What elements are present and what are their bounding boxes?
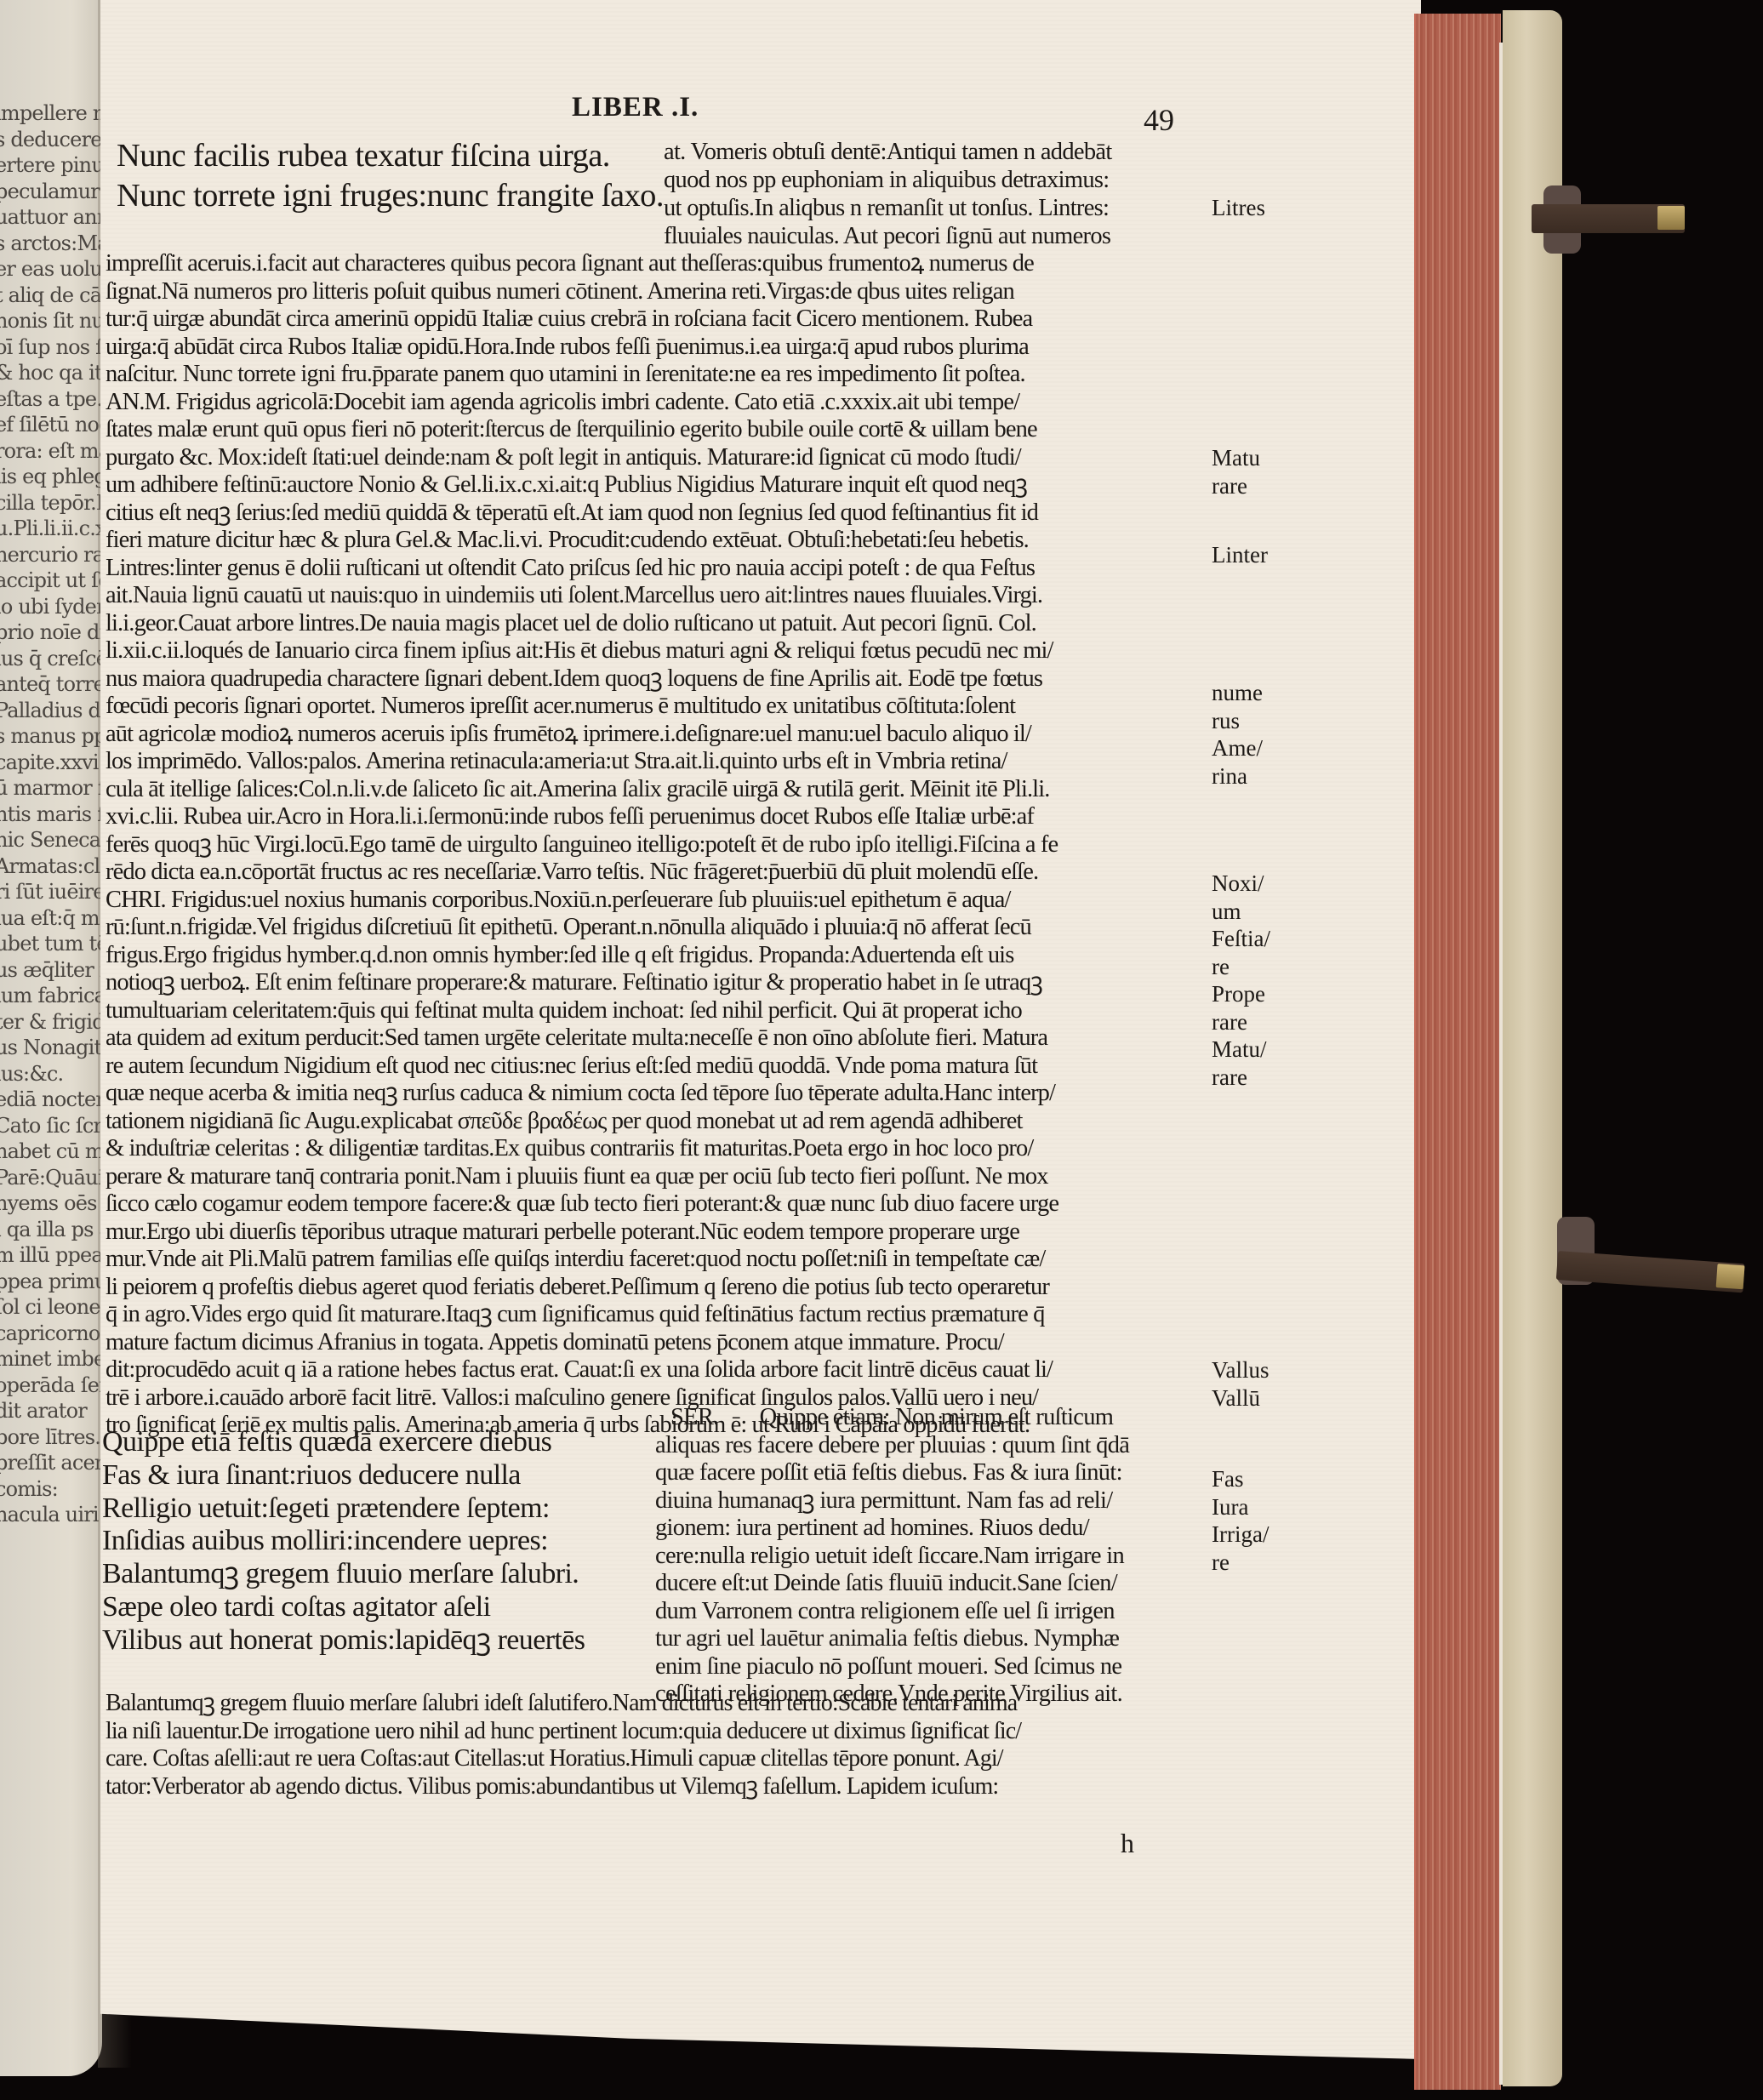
marginal-note-line: Matu/	[1212, 1036, 1270, 1064]
commentary-line: xvi.c.lii. Rubea uir.Acro in Hora.li.i.ſ…	[106, 803, 1058, 831]
commentary-servius: SER.Quippe etiam: Non mirum eſt ruſticum…	[655, 1404, 1129, 1709]
facing-page-line: ter & frigida	[0, 1009, 102, 1036]
commentary-line: naſcitur. Nunc torrete igni fru.p̄parate…	[106, 361, 1058, 389]
facing-page-line: ubet tum tē	[0, 931, 102, 957]
facing-page-line: & hoc qa ita appa	[0, 360, 102, 386]
marginal-note: Noxi/umFeſtia/reProperareMatu/rare	[1212, 870, 1270, 1091]
commentary-line: & induſtriæ celeritas : & diligentiæ tar…	[106, 1135, 1058, 1163]
commentary-line: dum Varronem contra religionem eſſe uel …	[655, 1598, 1129, 1626]
marginal-note: numerusAme/rina	[1212, 679, 1263, 790]
red-fore-edge	[1414, 14, 1501, 2090]
commentary-line: AN.M. Frigidus agricolā:Docebit iam agen…	[106, 389, 1058, 417]
commentary-line: fluuiales nauiculas. Aut pecori ſignū au…	[664, 222, 1112, 250]
marginal-note-line: rus	[1212, 707, 1263, 735]
facing-page-line: rora: eſt matutinus	[0, 438, 102, 465]
commentary-line: Balantumqꝫ gregem fluuio merſare ſalubri…	[106, 1690, 1021, 1718]
commentary-line: mur.Ergo ubi diuerſis tēporibus utraque …	[106, 1218, 1058, 1247]
commentary-line: ata quidem ad exitum perducit:Sed tamen …	[106, 1024, 1058, 1053]
facing-page-line: us æq̄liter i	[0, 957, 102, 984]
facing-page-line: Cato ſic ſcribit	[0, 1113, 102, 1139]
verse-line: Relligio uetuit:ſegeti prætendere ſeptem…	[102, 1492, 585, 1526]
commentary-line: ſignat.Nā numeros pro litteris poſuit qu…	[106, 278, 1058, 306]
commentary-line: purgato &c. Mox:ideſt ſtati:uel deinde:n…	[106, 444, 1058, 472]
marginal-note-line: Feſtia/	[1212, 925, 1270, 953]
verse-line: Balantumqꝫ gregem fluuio merſare ſalubri…	[102, 1558, 585, 1591]
verse-block-top: Nunc facilis rubea texatur fiſcina uirga…	[117, 136, 664, 216]
commentary-line: quod nos pp euphoniam in aliquibus detra…	[664, 166, 1112, 194]
commentary-line: aūt agricolæ modioꝝ numeros aceruis ipſi…	[106, 721, 1058, 749]
marginal-note: Linter	[1212, 541, 1268, 569]
commentary-line: fieri mature dicitur hæc & plura Gel.& M…	[106, 527, 1058, 555]
marginal-note-line: Iura	[1212, 1493, 1269, 1521]
facing-page-line: s arctos:Macrob	[0, 231, 102, 257]
commentary-line: li.i.geor.Cauat arbore lintres.De nauia …	[106, 610, 1058, 638]
facing-page-line: s manus pp alt	[0, 723, 102, 750]
facing-page-line: er eas uoluit no	[0, 256, 102, 282]
facing-page-left-edge: impellere marms deducere classertere pin…	[0, 0, 102, 2076]
marginal-note-line: Fas	[1212, 1465, 1269, 1493]
commentary-line: uirga:q̄ abūdāt circa Rubos Italiæ opidū…	[106, 334, 1058, 362]
verse-line: Sæpe oleo tardi coſtas agitator aſeli	[102, 1591, 585, 1624]
marginal-note-line: Litres	[1212, 194, 1265, 222]
marginal-note-line: nume	[1212, 679, 1263, 707]
commentary-line: q̄ in agro.Vides ergo quid ſit maturare.…	[106, 1301, 1058, 1329]
facing-page-line: oī ſup nos ſit po	[0, 334, 102, 361]
marginal-note-line: Noxi/	[1212, 870, 1270, 898]
facing-page-line: hyems oēs frigi	[0, 1190, 102, 1217]
commentary-line: CHRI. Frigidus:uel noxius humanis corpor…	[106, 887, 1058, 915]
facing-page-line: comis:	[0, 1476, 102, 1503]
commentary-main: impreſſit aceruis.i.facit aut charactere…	[106, 250, 1058, 1440]
facing-page-line: Palladius de ā	[0, 698, 102, 724]
commentary-line: rēdo dicta ea.n.cōportāt fructus ac res …	[106, 859, 1058, 887]
commentary-line: notioqꝫ uerboꝝ. Eſt enim feſtinare prope…	[106, 969, 1058, 997]
commentary-line: Lintres:linter genus ē dolii ruſticani u…	[106, 555, 1058, 583]
marginal-note-line: um	[1212, 898, 1270, 926]
facing-page-line: ertere pinum.	[0, 152, 102, 179]
commentary-line: dit:procudēdo acuit q iā a ratione hebes…	[106, 1356, 1058, 1384]
commentary-line: perare & maturare tanq̄ contraria ponit.…	[106, 1163, 1058, 1191]
commentary-line: ferēs quoqꝫ hūc Virgi.locū.Ego tamē de u…	[106, 831, 1058, 859]
facing-page-line: operāda ſerēo	[0, 1372, 102, 1399]
marginal-note-line: rare	[1212, 1008, 1270, 1036]
facing-page-line: ū marmor flauo	[0, 775, 102, 802]
commentary-line: ſtates malæ erunt quū opus fieri nō pote…	[106, 416, 1058, 444]
commentary-line: nus maiora quadrupedia charactere ſignar…	[106, 665, 1058, 693]
commentary-line: fœcūdi pecoris ſignari oportet. Numeros …	[106, 693, 1058, 721]
commentary-line: ut optuſis.In aliqbus n remanſit ut tonſ…	[664, 194, 1112, 222]
page-number: 49	[1144, 102, 1174, 138]
commentary-line: rū:ſunt.n.frigidæ.Vel frigidus diſcretiu…	[106, 914, 1058, 942]
marginal-note-line: Irriga/	[1212, 1521, 1269, 1549]
commentary-line: li peiorem q profeſtis diebus ageret quo…	[106, 1274, 1058, 1302]
facing-page-line: ius q̄ creſcēte lu	[0, 646, 102, 672]
commentary-line: cere:nulla religio uetuit ideſt ſiccare.…	[655, 1543, 1129, 1571]
commentary-line: li.xii.c.ii.loqués de Ianuario circa fin…	[106, 637, 1058, 665]
facing-page-line: capite.xxvi.ſup	[0, 750, 102, 776]
facing-page-line: ef ſilētū noctis.Pa	[0, 412, 102, 438]
facing-page-line: ediā noctem:q̄	[0, 1087, 102, 1113]
facing-page-line: i qa illa ps anni	[0, 1217, 102, 1243]
commentary-line: quæ facere poſſit etiā feſtis diebus. Fa…	[655, 1459, 1129, 1487]
commentary-line: at. Vomeris obtuſi dentē:Antiqui tamen n…	[664, 138, 1112, 166]
commentary-line: re autem ſecundum Nigidium eſt quod nec …	[106, 1053, 1058, 1081]
commentary-line: ducere eſt:ut Deinde ſatis fluuiū induci…	[655, 1570, 1129, 1598]
lemma: Quippe etiam: Non mirum eſt ruſticum	[760, 1404, 1114, 1430]
facing-page-line: t aliq de cā eē iſ	[0, 282, 102, 309]
facing-page-line: lus:&c.	[0, 1061, 102, 1087]
commentary-line: gionem: iura pertinent ad homines. Riuos…	[655, 1515, 1129, 1543]
marginal-note-line: Vallus	[1212, 1356, 1269, 1384]
commentary-line: care. Coſtas aſelli:aut re uera Coſtas:a…	[106, 1745, 1021, 1773]
verse-line: Quippe etiā feſtis quædā exercere diebus	[102, 1426, 585, 1459]
commentary-line: lia niſi lauentur.De irrogatione uero ni…	[106, 1718, 1021, 1746]
commentary-line: frigus.Ergo frigidus hymber.q.d.non omni…	[106, 942, 1058, 970]
marginal-note-line: Matu	[1212, 444, 1260, 472]
facing-page-line: nonis ſit nutrix	[0, 308, 102, 334]
commentary-line: tumultuariam celeritatem:q̄uis qui feſti…	[106, 997, 1058, 1025]
marginal-note: FasIuraIrriga/re	[1212, 1465, 1269, 1576]
clasp-brass-tip	[1657, 206, 1685, 230]
commentary-line: tur agri uel lauētur animalia feſtis die…	[655, 1625, 1129, 1653]
signature-mark: h	[1121, 1828, 1134, 1859]
facing-page-line: minet imber.	[0, 1346, 102, 1372]
commentary-line: diuina humanaqꝫ iura permittunt. Nam fas…	[655, 1487, 1129, 1515]
facing-page-line: u.Pli.li.ii.c.xviii.v	[0, 516, 102, 542]
commentary-line: citius eſt neqꝫ ſerius:ſed mediū quiddā …	[106, 499, 1058, 528]
marginal-note-line: Linter	[1212, 541, 1268, 569]
marginal-note-line: re	[1212, 953, 1270, 981]
marginal-note-line: rina	[1212, 762, 1263, 790]
facing-page-line: bore lītres.	[0, 1424, 102, 1451]
facing-page-line: m illū ppeacꝫ	[0, 1242, 102, 1269]
commentary-line: tur:q̄ uirgæ abundāt circa amerinū oppid…	[106, 305, 1058, 334]
marginal-note: VallusVallū	[1212, 1356, 1269, 1412]
facing-page-line: nacula uiri.	[0, 1502, 102, 1528]
facing-page-line: lo ubi ſydera ſun	[0, 594, 102, 620]
facing-page-line: uattuor annū(	[0, 204, 102, 231]
commentary-line: quæ neque acerba & imitia neqꝫ rurſus ca…	[106, 1080, 1058, 1108]
commentary-line: mature factum dicimus Afranius in togata…	[106, 1329, 1058, 1357]
commentary-line: tationem nigidianā ſic Augu.explicabat σ…	[106, 1108, 1058, 1136]
commentary-line: aliquas res facere debere per pluuias : …	[655, 1432, 1129, 1460]
facing-page-line: ium fabrica/	[0, 983, 102, 1009]
commentary-line: los imprimēdo. Vallos:palos. Amerina ret…	[106, 748, 1058, 776]
facing-page-line: dit arator	[0, 1398, 102, 1424]
commentary-line: ait.Nauia lignū cauatū ut nauis:quo in u…	[106, 582, 1058, 610]
facing-page-line: capricorno erat.	[0, 1321, 102, 1347]
facing-page-line: ri ſūt iuēire.	[0, 879, 102, 905]
facing-page-line: anteq̄ torrea	[0, 671, 102, 698]
verse-block-bottom: Quippe etiā feſtis quædā exercere diebus…	[102, 1426, 585, 1658]
marginal-note-line: Ame/	[1212, 734, 1263, 762]
facing-page-line: ntis maris flauo	[0, 802, 102, 828]
commentary-line: um adhibere feſtinū:auctore Nonio & Gel.…	[106, 471, 1058, 499]
facing-page-line: preſſit aceruis.	[0, 1450, 102, 1476]
marginal-note-line: rare	[1212, 1064, 1270, 1092]
facing-page-line: ppea primum ſi	[0, 1269, 102, 1295]
commentary-line: cula āt itellige ſalices:Col.n.li.v.de ſ…	[106, 776, 1058, 804]
commentary-line: enim ſine piaculo nō poſſunt moueri. Sed…	[655, 1653, 1129, 1681]
commentary-bottom: Balantumqꝫ gregem fluuio merſare ſalubri…	[106, 1690, 1021, 1800]
commentary-line: mur.Vnde ait Pli.Malū patrem familias eſ…	[106, 1246, 1058, 1274]
facing-page-text: impellere marms deducere classertere pin…	[0, 100, 102, 1528]
marginal-note-line: Prope	[1212, 980, 1270, 1008]
commentary-line: SER.Quippe etiam: Non mirum eſt ruſticum	[655, 1404, 1129, 1432]
verse-line: Inſidias auibus molliri:incendere uepres…	[102, 1525, 585, 1558]
facing-page-line: hic Seneca Epi.	[0, 827, 102, 853]
facing-page-line: peculamur & o	[0, 179, 102, 205]
facing-page-line: accipit ut ſol alter	[0, 568, 102, 594]
commentary-line: ſicco cælo cogamur eodem tempore facere:…	[106, 1190, 1058, 1218]
commentator-label: SER.	[670, 1404, 719, 1430]
facing-page-line: prio noīe dr iti	[0, 619, 102, 646]
running-head: LIBER .I.	[572, 92, 699, 123]
verse-line: Fas & iura ſinant:riuos deducere nulla	[102, 1459, 585, 1492]
commentary-line: tator:Verberator ab agendo dictus. Vilib…	[106, 1773, 1021, 1801]
commentary-line: impreſſit aceruis.i.facit aut charactere…	[106, 250, 1058, 278]
facing-page-line: nercurio radiās &c.	[0, 542, 102, 568]
facing-page-line: s deducere class	[0, 127, 102, 153]
facing-page-line: cilla tepōr.De his	[0, 490, 102, 516]
marginal-note-line: re	[1212, 1549, 1269, 1577]
facing-page-line: us Nonagita/	[0, 1035, 102, 1061]
facing-page-line: eſtas a tpe.Intēpe	[0, 386, 102, 413]
vellum-binding	[1503, 10, 1562, 2086]
marginal-note: Maturare	[1212, 444, 1260, 499]
facing-page-line: ſol ci leone orie	[0, 1294, 102, 1321]
marginal-note-line: Vallū	[1212, 1384, 1269, 1412]
facing-page-line: impellere marm	[0, 100, 102, 127]
clasp-strap-top	[1532, 204, 1685, 233]
verse-line: Vilibus aut honerat pomis:lapidēqꝫ reuer…	[102, 1624, 585, 1658]
verse-line: Nunc facilis rubea texatur fiſcina uirga…	[117, 136, 664, 176]
facing-page-line: iua eſt:q̄ ma	[0, 905, 102, 932]
marginal-note: Litres	[1212, 194, 1265, 222]
facing-page-line: lis eq phlegō Piroys	[0, 464, 102, 490]
commentary-top-right: at. Vomeris obtuſi dentē:Antiqui tamen n…	[664, 138, 1112, 250]
verse-line: Nunc torrete igni fruges:nunc frangite ſ…	[117, 176, 664, 216]
marginal-note-line: rare	[1212, 472, 1260, 500]
facing-page-line: habet cū matu	[0, 1138, 102, 1165]
facing-page-line: Parē:Quāuis ex	[0, 1165, 102, 1191]
facing-page-line: Armatas:claſ	[0, 853, 102, 880]
clasp-brass-tip	[1716, 1264, 1745, 1289]
clasp-strap-bottom	[1556, 1251, 1745, 1293]
